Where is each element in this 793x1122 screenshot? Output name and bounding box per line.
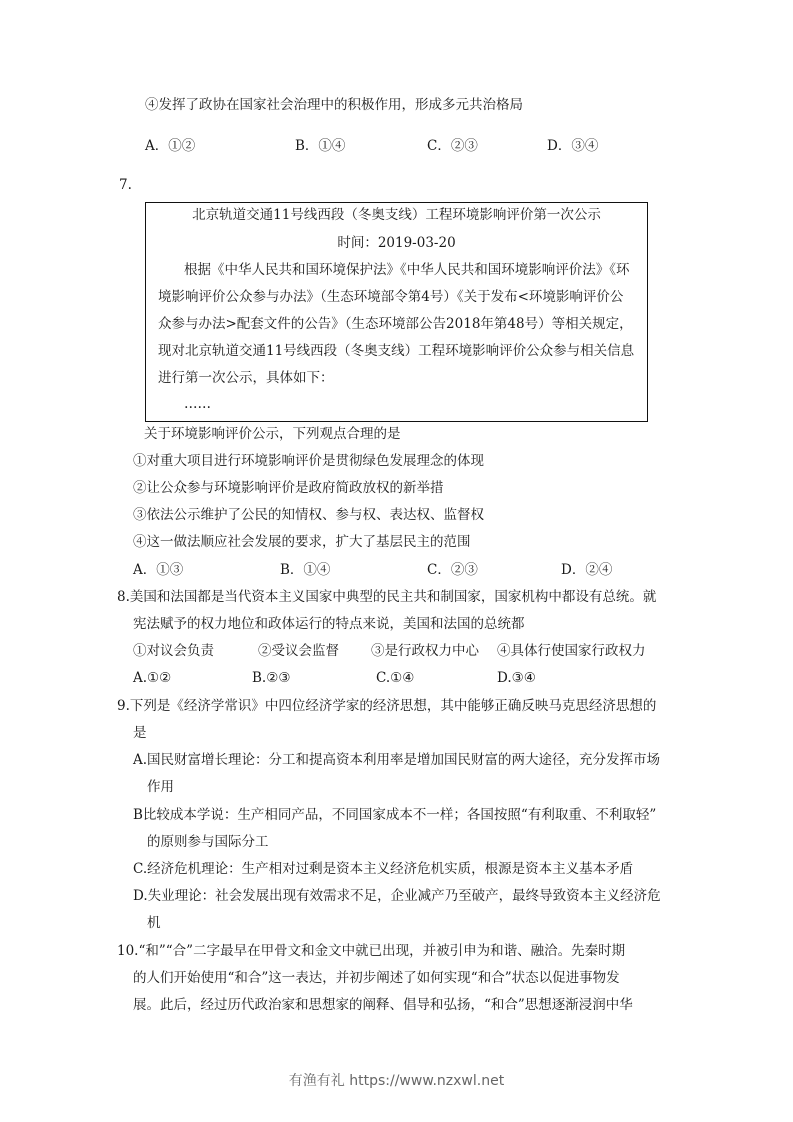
- q7-item-1: ①对重大项目进行环境影响评价是贯彻绿色发展理念的体现: [133, 452, 484, 470]
- q10-stem-line-2: 的人们开始使用“和合”这一表达，并初步阐述了如何实现“和合”状态以促进事物发: [133, 969, 620, 987]
- notice-date: 时间：2019-03-20: [146, 234, 647, 252]
- notice-ellipsis: ……: [184, 395, 211, 413]
- q7-options: A．①③ B．①④ C．②③ D．②④: [0, 561, 793, 579]
- q8-option-c: C.①④: [376, 669, 414, 687]
- q8-stem-line-1: 8.美国和法国都是当代资本主义国家中典型的民主共和制国家，国家机构中都设有总统。…: [117, 588, 656, 606]
- notice-body-line: 现对北京轨道交通11号线西段（冬奥支线）工程环境影响评价公众参与相关信息: [158, 342, 634, 360]
- q8-stem-line-2: 宪法赋予的权力地位和政体运行的特点来说，美国和法国的总统都: [133, 615, 525, 633]
- q8-item-3: ③是行政权力中心: [371, 642, 479, 660]
- q10-stem-line-1: 10.“和”“合”二字最早在甲骨文和金文中就已出现，并被引申为和谐、融洽。先秦时…: [117, 942, 625, 960]
- q7-number: 7.: [119, 176, 132, 194]
- q6-item-4: ④发挥了政协在国家社会治理中的积极作用，形成多元共治格局: [145, 96, 523, 114]
- q7-item-2: ②让公众参与环境影响评价是政府简政放权的新举措: [133, 479, 444, 497]
- notice-body-line: 根据《中华人民共和国环境保护法》《中华人民共和国环境影响评价法》《环: [184, 261, 630, 279]
- q6-option-a: A．①②: [145, 137, 195, 155]
- q9-choice-c: C.经济危机理论：生产相对过剩是资本主义经济危机实质，根源是资本主义基本矛盾: [133, 860, 633, 878]
- footer-watermark: 有渔有礼 https://www.nzxwl.net: [0, 1070, 793, 1090]
- q8-option-a: A.①②: [133, 669, 171, 687]
- q6-option-d: D．③④: [547, 137, 598, 155]
- q7-option-d: D．②④: [561, 561, 612, 579]
- q9-choice-b: B比较成本学说：生产相同产品，不同国家成本不一样；各国按照“有利取重、不利取轻”: [133, 806, 656, 824]
- q7-option-b: B．①④: [280, 561, 330, 579]
- notice-box: 北京轨道交通11号线西段（冬奥支线）工程环境影响评价第一次公示 时间：2019-…: [145, 202, 648, 422]
- q10-stem-line-3: 展。此后，经过历代政治家和思想家的阐释、倡导和弘扬，“和合”思想逐渐浸润中华: [133, 996, 633, 1014]
- q9-choice-d: D.失业理论：社会发展出现有效需求不足，企业减产乃至破产，最终导致资本主义经济危: [133, 887, 661, 905]
- q9-stem-line-2: 是: [133, 724, 147, 742]
- q9-choice-a-cont: 作用: [147, 778, 174, 796]
- q7-item-3: ③依法公示维护了公民的知情权、参与权、表达权、监督权: [133, 506, 484, 524]
- q9-stem-line-1: 9.下列是《经济学常识》中四位经济学家的经济思想，其中能够正确反映马克思经济思想…: [117, 697, 656, 715]
- q6-option-b: B．①④: [295, 137, 345, 155]
- q7-option-a: A．①③: [133, 561, 183, 579]
- notice-body-line: 进行第一次公示，具体如下：: [158, 369, 334, 387]
- notice-body-line: 境影响评价公众参与办法》（生态环境部令第4号）《关于发布<环境影响评价公: [158, 288, 623, 306]
- q8-item-4: ④具体行使国家行政权力: [497, 642, 646, 660]
- notice-title: 北京轨道交通11号线西段（冬奥支线）工程环境影响评价第一次公示: [146, 206, 647, 224]
- q7-item-4: ④这一做法顺应社会发展的要求，扩大了基层民主的范围: [133, 533, 471, 551]
- q8-option-b: B.②③: [252, 669, 290, 687]
- q8-options: A.①② B.②③ C.①④ D.③④: [0, 669, 793, 687]
- notice-body-line: 众参与办法>配套文件的公告》（生态环境部公告2018年第48号）等相关规定，: [158, 315, 633, 333]
- q8-item-1: ①对议会负责: [133, 642, 214, 660]
- q8-items: ①对议会负责 ②受议会监督 ③是行政权力中心 ④具体行使国家行政权力: [0, 642, 793, 660]
- q8-option-d: D.③④: [497, 669, 536, 687]
- q9-choice-d-cont: 机: [147, 914, 161, 932]
- q6-options: A．①② B．①④ C．②③ D．③④: [0, 137, 793, 155]
- q7-stem: 关于环境影响评价公示，下列观点合理的是: [144, 425, 401, 443]
- q9-choice-b-cont: 的原则参与国际分工: [147, 833, 269, 851]
- q7-option-c: C．②③: [427, 561, 478, 579]
- q8-item-2: ②受议会监督: [258, 642, 339, 660]
- q9-choice-a: A.国民财富增长理论：分工和提高资本利用率是增加国民财富的两大途径，充分发挥市场: [133, 751, 660, 769]
- q6-option-c: C．②③: [427, 137, 478, 155]
